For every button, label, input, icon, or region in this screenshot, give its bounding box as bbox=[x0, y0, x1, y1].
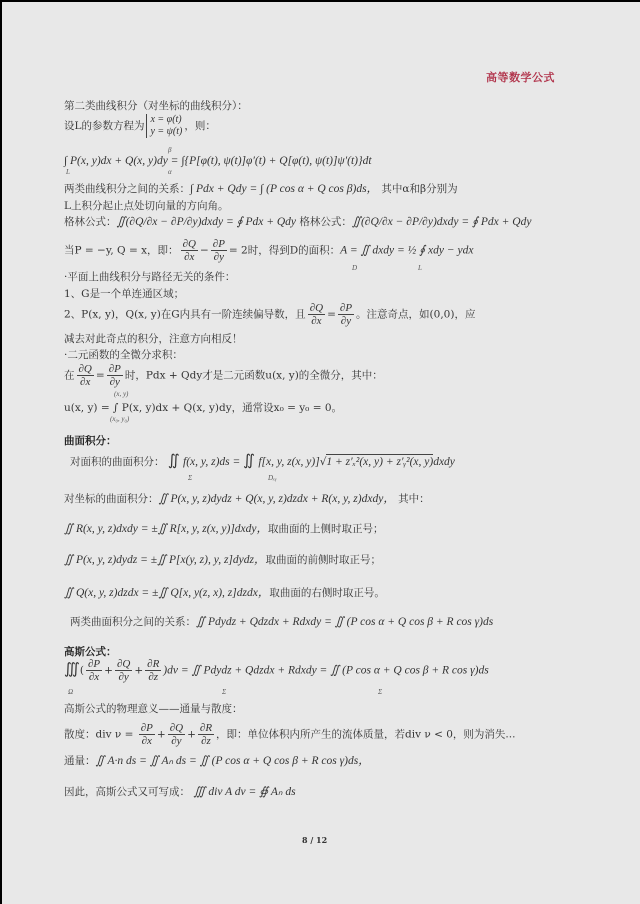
numerator: ∂R bbox=[145, 658, 161, 671]
param-y: y = ψ(t) bbox=[150, 126, 182, 138]
gauss-meaning: 高斯公式的物理意义——通量与散度： bbox=[64, 702, 243, 716]
upper-limit-xy: (x, y) bbox=[114, 390, 128, 398]
fraction-dQ-dx: ∂Q∂x bbox=[308, 302, 325, 327]
condition-1: 1、G是一个单连通区域； bbox=[64, 287, 184, 301]
r3-formula: ∬ Q(x, y, z)dzdx = ±∬ Q[x, y(z, x), z]dz… bbox=[64, 587, 269, 599]
denominator: ∂y bbox=[115, 671, 132, 683]
subscript-sigma: Σ bbox=[222, 688, 226, 696]
param-x: x = φ(t) bbox=[150, 114, 182, 126]
area-formula-left: f(x, y, z)ds = bbox=[183, 456, 243, 468]
double-integral-icon: ∬ bbox=[243, 453, 255, 469]
numerator: ∂Q bbox=[115, 658, 132, 671]
coord-formula: ∬ P(x, y, z)dydz + Q(x, y, z)dzdx + R(x,… bbox=[159, 493, 395, 505]
numerator: ∂Q bbox=[181, 238, 198, 251]
fraction-dP-dy: ∂P∂y bbox=[338, 302, 354, 327]
numerator: ∂P bbox=[139, 722, 155, 735]
denominator: ∂z bbox=[145, 671, 161, 683]
rule-R: ∬ R(x, y, z)dxdy = ±∬ R[x, y, z(x, y)]dx… bbox=[64, 522, 384, 536]
line-integral-formula: ∫ P(x, y)dx + Q(x, y)dy = ∫{P[φ(t), ψ(t)… bbox=[64, 154, 372, 168]
gauss-formula-rhs: )dv = ∬ Pdydz + Qdzdx + Rdxdy = ∬ (P cos… bbox=[163, 665, 488, 677]
lower-limit-L: L bbox=[66, 168, 70, 176]
denominator: ∂y bbox=[107, 376, 123, 388]
surface-relation-formula: ∬ Pdydz + Qdzdx + Rdxdy = ∬ (P cos α + Q… bbox=[196, 616, 493, 628]
fraction-dR-dz: ∂R∂z bbox=[145, 658, 161, 683]
surface-relation-label: 两类曲面积分之间的关系： bbox=[70, 616, 196, 628]
numerator: ∂Q bbox=[77, 363, 94, 376]
green-area-mid: = 2时，得到D的面积： bbox=[229, 245, 340, 257]
total-differential-formula: u(x, y) = ∫ P(x, y)dx + Q(x, y)dy，通常设x₀ … bbox=[64, 401, 342, 415]
formula-left: ∫ P(x, y)dx + Q(x, y)dy = bbox=[64, 155, 181, 167]
document-page: 高等数学公式 第二类曲线积分（对坐标的曲线积分）： 设L的参数方程为x = φ(… bbox=[2, 2, 640, 904]
denominator: ∂x bbox=[308, 315, 325, 327]
numerator: ∂Q bbox=[308, 302, 325, 315]
sqrt-content: 1 + z′ₓ²(x, y) + z′ᵧ²(x, y) bbox=[326, 454, 433, 468]
fraction-dQ-dx: ∂Q∂x bbox=[181, 238, 198, 263]
area-label: 对面积的曲面积分： bbox=[70, 456, 165, 468]
flux-line: 通量：∬ A·n ds = ∬ Aₙ ds = ∬ (P cos α + Q c… bbox=[64, 754, 370, 768]
gauss-formula: ∭(∂P∂x+∂Q∂y+∂R∂z)dv = ∬ Pdydz + Qdzdx + … bbox=[64, 658, 489, 683]
surface-integral-relation: 两类曲面积分之间的关系：∬ Pdydz + Qdzdx + Rdxdy = ∬ … bbox=[70, 615, 493, 629]
r2-formula: ∬ P(x, y, z)dydz = ±∬ P[x(y, z), y, z]dy… bbox=[64, 554, 266, 566]
param-brace: x = φ(t)y = ψ(t) bbox=[146, 114, 182, 138]
subscript-D: D bbox=[352, 264, 357, 272]
numerator: ∂Q bbox=[168, 722, 185, 735]
div-suffix: ，即：单位体积内所产生的流体质量，若div ν < 0，则为消失... bbox=[216, 729, 515, 741]
lower-limit-x0y0: (x₀, y₀) bbox=[110, 415, 129, 423]
gauss-title: 高斯公式： bbox=[64, 645, 117, 659]
area-surface-integral: 对面积的曲面积分： ∬ f(x, y, z)ds = ∬ f[x, y, z(x… bbox=[70, 454, 455, 469]
r2-note: 取曲面的前侧时取正号； bbox=[266, 554, 382, 566]
denominator: ∂y bbox=[168, 735, 185, 747]
relation-label: 两类曲线积分之间的关系： bbox=[64, 183, 190, 195]
relation-note-continued: L上积分起止点处切向量的方向角。 bbox=[64, 199, 228, 213]
fraction-dP-dy: ∂P∂y bbox=[211, 238, 227, 263]
r1-note: 取曲面的上侧时取正号； bbox=[268, 523, 384, 535]
coord-note: 其中： bbox=[398, 493, 430, 505]
denominator: ∂x bbox=[77, 376, 94, 388]
header-title: 高等数学公式 bbox=[486, 69, 555, 85]
upper-limit-beta: β bbox=[168, 146, 172, 154]
green-formula: ∬(∂Q/∂x − ∂P/∂y)dxdy = ∮ Pdx + Qdy bbox=[117, 216, 297, 228]
fraction-dQ-dy: ∂Q∂y bbox=[168, 722, 185, 747]
total-differential-title: ·二元函数的全微分求积： bbox=[64, 348, 183, 362]
therefore-label: 因此，高斯公式又可写成： bbox=[64, 786, 190, 798]
param-intro: 设L的参数方程为 bbox=[64, 120, 144, 132]
area-tail: dxdy bbox=[433, 456, 455, 468]
r3-note: 取曲面的右侧时取正号。 bbox=[269, 587, 385, 599]
line1-prefix: 在 bbox=[64, 370, 75, 382]
formula-right: ∫{P[φ(t), ψ(t)]φ′(t) + Q[φ(t), ψ(t)]ψ′(t… bbox=[181, 155, 371, 167]
subscript-sigma: Σ bbox=[378, 688, 382, 696]
param-then: ，则： bbox=[184, 120, 216, 132]
green-area-prefix: 当P = −y, Q = x，即： bbox=[64, 245, 179, 257]
fraction-dP-dy: ∂P∂y bbox=[107, 363, 123, 388]
green-formula-repeat: ∬(∂Q/∂x − ∂P/∂y)dxdy = ∮ Pdx + Qdy bbox=[352, 216, 532, 228]
numerator: ∂P bbox=[107, 363, 123, 376]
rule-Q: ∬ Q(x, y, z)dzdx = ±∬ Q[x, y(z, x), z]dz… bbox=[64, 586, 385, 600]
condition-2-suffix: 。注意奇点，如(0,0)，应 bbox=[356, 309, 475, 321]
divergence-line: 散度：div ν = ∂P∂x+∂Q∂y+∂R∂z，即：单位体积内所产生的流体质… bbox=[64, 722, 515, 747]
denominator: ∂x bbox=[86, 671, 102, 683]
coordinate-surface-integral: 对坐标的曲面积分：∬ P(x, y, z)dydz + Q(x, y, z)dz… bbox=[64, 492, 430, 506]
line1-suffix: 时，Pdx + Qdy才是二元函数u(x, y)的全微分，其中： bbox=[125, 370, 383, 382]
green-area-line: 当P = −y, Q = x，即：∂Q∂x−∂P∂y= 2时，得到D的面积：A … bbox=[64, 238, 473, 263]
numerator: ∂R bbox=[198, 722, 214, 735]
green-label: 格林公式： bbox=[64, 216, 117, 228]
therefore-formula: ∭ div A dv = ∯ Aₙ ds bbox=[193, 786, 295, 798]
fraction-dQ-dx: ∂Q∂x bbox=[77, 363, 94, 388]
div-label: 散度：div ν = bbox=[64, 729, 137, 741]
numerator: ∂P bbox=[86, 658, 102, 671]
surface-integral-title: 曲面积分： bbox=[64, 434, 117, 448]
subscript-omega: Ω bbox=[68, 688, 73, 696]
param-equation-line: 设L的参数方程为x = φ(t)y = ψ(t)，则： bbox=[64, 114, 216, 138]
denominator: ∂x bbox=[139, 735, 155, 747]
subscript-Dxy: Dₓᵧ bbox=[268, 474, 277, 482]
denominator: ∂y bbox=[211, 251, 227, 263]
flux-formula: ∬ A·n ds = ∬ Aₙ ds = ∬ (P cos α + Q cos … bbox=[96, 755, 370, 767]
relation-formula: ∫ Pdx + Qdy = ∫ (P cos α + Q cos β)ds， bbox=[190, 183, 378, 195]
gauss-alternative: 因此，高斯公式又可写成： ∭ div A dv = ∯ Aₙ ds bbox=[64, 785, 296, 799]
rule-P: ∬ P(x, y, z)dydz = ±∬ P[x(y, z), y, z]dy… bbox=[64, 553, 381, 567]
numerator: ∂P bbox=[211, 238, 227, 251]
r1-formula: ∬ R(x, y, z)dxdy = ±∬ R[x, y, z(x, y)]dx… bbox=[64, 523, 268, 535]
page-number: 8 / 12 bbox=[302, 835, 327, 845]
numerator: ∂P bbox=[338, 302, 354, 315]
condition-2-prefix: 2、P(x, y)，Q(x, y)在G内具有一阶连续偏导数，且 bbox=[64, 309, 306, 321]
curve-integral-relation: 两类曲线积分之间的关系：∫ Pdx + Qdy = ∫ (P cos α + Q… bbox=[64, 182, 458, 196]
double-integral-icon: ∬ bbox=[168, 453, 180, 469]
subscript-L: L bbox=[418, 264, 422, 272]
relation-note: 其中α和β分别为 bbox=[381, 183, 457, 195]
denominator: ∂x bbox=[181, 251, 198, 263]
fraction-dQ-dy: ∂Q∂y bbox=[115, 658, 132, 683]
area-formula-right: f[x, y, z(x, y)] bbox=[258, 456, 319, 468]
lower-limit-alpha: α bbox=[168, 168, 172, 176]
fraction-dP-dx: ∂P∂x bbox=[139, 722, 155, 747]
green-repeat-label: 格林公式： bbox=[299, 216, 352, 228]
total-differential-condition: 在∂Q∂x=∂P∂y时，Pdx + Qdy才是二元函数u(x, y)的全微分，其… bbox=[64, 363, 383, 388]
condition-2-continued: 减去对此奇点的积分，注意方向相反！ bbox=[64, 332, 243, 346]
coord-label: 对坐标的曲面积分： bbox=[64, 493, 159, 505]
fraction-dR-dz: ∂R∂z bbox=[198, 722, 214, 747]
triple-integral-icon: ∭ bbox=[64, 662, 80, 678]
denominator: ∂y bbox=[338, 315, 354, 327]
flux-label: 通量： bbox=[64, 755, 96, 767]
section-title-line-integral-2: 第二类曲线积分（对坐标的曲线积分）： bbox=[64, 99, 248, 113]
path-independence-title: ·平面上曲线积分与路径无关的条件： bbox=[64, 270, 235, 284]
fraction-dP-dx: ∂P∂x bbox=[86, 658, 102, 683]
green-area-formula: A = ∬ dxdy = ½ ∮ xdy − ydx bbox=[340, 245, 473, 257]
denominator: ∂z bbox=[198, 735, 214, 747]
subscript-sigma: Σ bbox=[188, 474, 192, 482]
green-formula-line: 格林公式：∬(∂Q/∂x − ∂P/∂y)dxdy = ∮ Pdx + Qdy … bbox=[64, 215, 531, 229]
condition-2: 2、P(x, y)，Q(x, y)在G内具有一阶连续偏导数，且∂Q∂x=∂P∂y… bbox=[64, 302, 475, 327]
